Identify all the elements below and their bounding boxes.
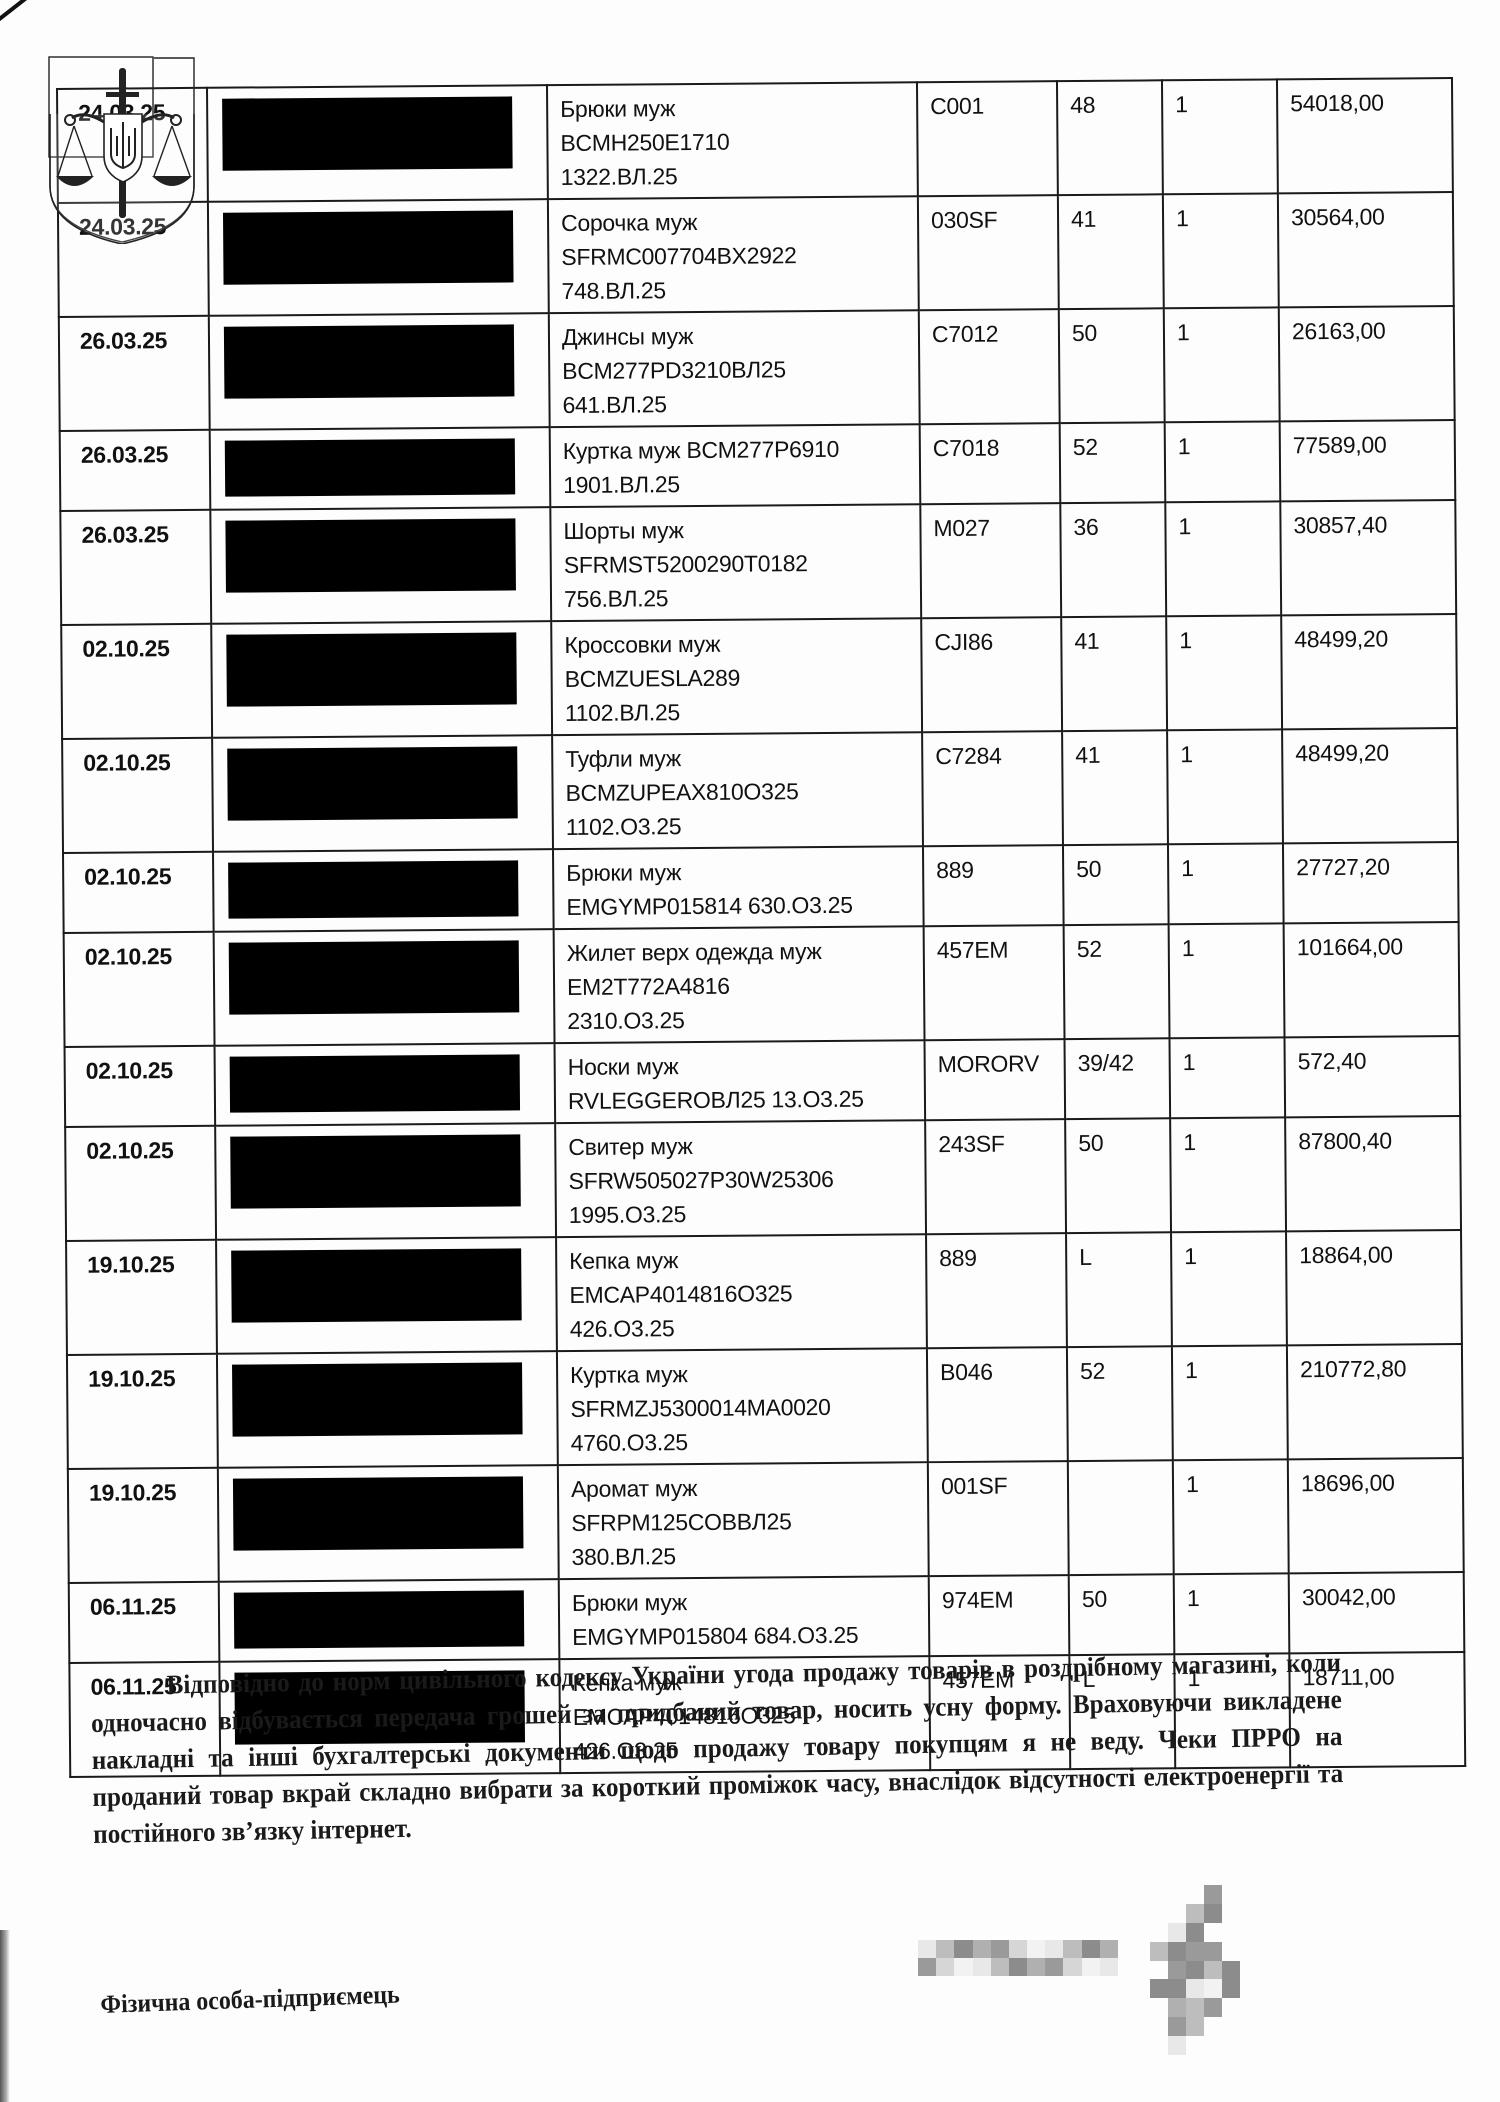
product-line: Шорты муж (563, 511, 909, 548)
cell-quantity: 1 (1167, 729, 1283, 844)
product-line: 4760.O3.25 (571, 1423, 917, 1460)
cell-date: 02.10.25 (62, 738, 213, 853)
cell-date: 02.10.25 (61, 624, 212, 739)
cell-quantity: 1 (1171, 1231, 1287, 1346)
product-line: 1322.ВЛ.25 (561, 157, 907, 194)
product-line: Аромат муж (571, 1469, 917, 1506)
cell-size: 41 (1061, 616, 1167, 731)
cell-size: 50 (1069, 1574, 1175, 1655)
redaction-bar (222, 96, 513, 170)
cell-date: 26.03.25 (60, 430, 211, 511)
table-row: 02.10.25Брюки мужEMGYMP015814 630.O3.258… (63, 842, 1459, 933)
cell-product: Куртка муж BCM277P69101901.ВЛ.25 (550, 424, 921, 507)
cell-buyer (209, 313, 550, 430)
pen-stroke (0, 0, 176, 44)
table-row: 02.10.25Свитер мужSFRW505027P30W25306199… (65, 1116, 1461, 1241)
product-line: 748.ВЛ.25 (561, 271, 907, 308)
cell-amount: 48499,20 (1282, 728, 1458, 843)
cell-product: Свитер мужSFRW505027P30W253061995.O3.25 (555, 1120, 926, 1237)
cell-size (1068, 1460, 1174, 1575)
table-row: 19.10.25Куртка мужSFRMZJ5300014MA0020476… (67, 1344, 1463, 1469)
pixelated-signature (1150, 1885, 1240, 2055)
cell-amount: 26163,00 (1279, 306, 1455, 421)
redaction-bar (226, 632, 517, 706)
cell-size: 41 (1062, 730, 1168, 845)
cell-amount: 30042,00 (1289, 1572, 1465, 1653)
cell-code: MORORV (925, 1039, 1066, 1120)
product-line: 1102.ВЛ.25 (565, 693, 911, 730)
cell-amount: 54018,00 (1277, 78, 1453, 193)
product-line: SFRMZJ5300014MA0020 (570, 1389, 916, 1426)
cell-amount: 18864,00 (1286, 1230, 1462, 1345)
redaction-bar (225, 518, 516, 592)
cell-quantity: 1 (1164, 307, 1280, 422)
cell-date: 19.10.25 (68, 1468, 219, 1583)
cell-product: Шорты мужSFRMST5200290T0182756.ВЛ.25 (550, 504, 921, 621)
sales-table: 24.03.25Брюки мужBCMH250E17101322.ВЛ.25C… (56, 77, 1464, 1778)
page-edge-shadow (0, 1930, 10, 2102)
product-line: 756.ВЛ.25 (564, 579, 910, 616)
product-line: Кроссовки муж (564, 625, 910, 662)
product-line: Куртка муж BCM277P6910 (563, 431, 909, 468)
cell-size: 48 (1057, 80, 1163, 195)
product-line: BCMZUESLA289 (565, 659, 911, 696)
cell-product: Брюки мужBCMH250E17101322.ВЛ.25 (547, 82, 918, 199)
product-line: Носки муж (568, 1047, 914, 1084)
redaction-bar (224, 324, 515, 398)
product-line: 2310.O3.25 (567, 1001, 913, 1038)
cell-amount: 101664,00 (1284, 922, 1460, 1037)
redaction-bar (228, 860, 518, 918)
cell-buyer (214, 929, 555, 1046)
product-line: SFRW505027P30W25306 (568, 1161, 914, 1198)
cell-product: Носки мужRVLEGGEROBЛ25 13.O3.25 (555, 1040, 926, 1123)
product-line: BCMZUPEAX810O325 (565, 773, 911, 810)
cell-code: 243SF (925, 1119, 1066, 1234)
cell-amount: 30857,40 (1280, 500, 1456, 615)
cell-size: 52 (1067, 1346, 1173, 1461)
cell-size: 39/42 (1065, 1038, 1171, 1119)
product-line: SFRMC007704BX2922 (561, 237, 907, 274)
redaction-bar (223, 210, 514, 284)
product-line: Брюки муж (572, 1583, 918, 1620)
table-row: 26.03.25Джинсы мужBCM277PD3210ВЛ25641.ВЛ… (59, 306, 1455, 431)
redaction-bar (230, 1134, 521, 1208)
product-line: BCM277PD3210ВЛ25 (562, 351, 908, 388)
pixelated-signatory-name (918, 1940, 1118, 1976)
table-row: 02.10.25Носки мужRVLEGGEROBЛ25 13.O3.25M… (65, 1036, 1461, 1127)
cell-date: 02.10.25 (64, 932, 215, 1047)
cell-size: 50 (1065, 1118, 1171, 1233)
cell-buyer (212, 735, 553, 852)
cell-product: Джинсы мужBCM277PD3210ВЛ25641.ВЛ.25 (549, 310, 920, 427)
table-row: 02.10.25Туфли мужBCMZUPEAX810O3251102.O3… (62, 728, 1458, 853)
cell-quantity: 1 (1173, 1459, 1289, 1574)
product-line: RVLEGGEROBЛ25 13.O3.25 (568, 1081, 914, 1118)
cell-buyer (218, 1465, 559, 1582)
cell-buyer (211, 621, 552, 738)
product-line: 380.ВЛ.25 (571, 1537, 917, 1574)
table-row: 26.03.25Куртка муж BCM277P69101901.ВЛ.25… (60, 420, 1456, 511)
cell-quantity: 1 (1166, 615, 1282, 730)
product-line: Брюки муж (566, 853, 912, 890)
cell-product: Аромат мужSFRPM125COBBЛ25380.ВЛ.25 (558, 1462, 929, 1579)
redaction-bar (232, 1362, 523, 1436)
cell-code: CJI86 (921, 617, 1062, 732)
cell-buyer (208, 199, 549, 316)
cell-quantity: 1 (1168, 843, 1284, 924)
cell-code: C7284 (922, 731, 1063, 846)
product-line: Сорочка муж (561, 203, 907, 240)
table-row: 02.10.25Жилет верх одежда мужEM2T772A481… (64, 922, 1460, 1047)
cell-buyer (210, 427, 551, 510)
cell-quantity: 1 (1174, 1573, 1290, 1654)
cell-date: 26.03.25 (60, 510, 211, 625)
cell-size: 36 (1060, 502, 1166, 617)
product-line: 426.O3.25 (570, 1309, 916, 1346)
redaction-bar (234, 1590, 524, 1648)
cell-code: 457EM (924, 925, 1065, 1040)
cell-amount: 18696,00 (1288, 1458, 1464, 1573)
cell-date: 26.03.25 (59, 316, 210, 431)
cell-date: 02.10.25 (65, 1126, 216, 1241)
cell-amount: 87800,40 (1285, 1116, 1461, 1231)
scanned-document-page: 24.03.25Брюки мужBCMH250E17101322.ВЛ.25C… (0, 0, 1500, 2102)
table-row: 19.10.25Кепка мужEMCAP4014816O325426.O3.… (66, 1230, 1462, 1355)
cell-size: 50 (1059, 308, 1165, 423)
cell-amount: 210772,80 (1287, 1344, 1463, 1459)
cell-size: 50 (1063, 844, 1169, 925)
product-line: SFRPM125COBBЛ25 (571, 1503, 917, 1540)
cell-code: C7018 (920, 423, 1061, 504)
cell-date: 06.11.25 (69, 1582, 220, 1663)
cell-product: Брюки мужEMGYMP015804 684.O3.25 (559, 1576, 930, 1659)
product-line: 641.ВЛ.25 (562, 385, 908, 422)
product-line: Туфли муж (565, 739, 911, 776)
redaction-bar (225, 438, 515, 496)
cell-product: Кепка мужEMCAP4014816O325426.O3.25 (556, 1234, 927, 1351)
redaction-bar (227, 746, 518, 820)
cell-product: Жилет верх одежда мужEM2T772A48162310.O3… (554, 926, 925, 1043)
cell-date: 19.10.25 (66, 1240, 217, 1355)
cell-code: 001SF (928, 1461, 1069, 1576)
cell-code: 030SF (918, 195, 1059, 310)
cell-quantity: 1 (1170, 1117, 1286, 1232)
redaction-bar (230, 1054, 520, 1112)
cell-product: Кроссовки мужBCMZUESLA2891102.ВЛ.25 (551, 618, 922, 735)
cell-date: 24.03.25 (57, 88, 208, 203)
product-line: Брюки муж (560, 89, 906, 126)
cell-code: 889 (923, 845, 1064, 926)
redaction-bar (231, 1248, 522, 1322)
table-row: 24.03.25Брюки мужBCMH250E17101322.ВЛ.25C… (57, 78, 1453, 203)
cell-buyer (207, 85, 548, 202)
cell-buyer (210, 507, 551, 624)
product-line: Жилет верх одежда муж (567, 933, 913, 970)
cell-code: C001 (917, 81, 1058, 196)
cell-size: 52 (1060, 422, 1166, 503)
cell-amount: 27727,20 (1283, 842, 1459, 923)
table-row: 19.10.25Аромат мужSFRPM125COBBЛ25380.ВЛ.… (68, 1458, 1464, 1583)
cell-date: 02.10.25 (63, 852, 214, 933)
cell-amount: 48499,20 (1281, 614, 1457, 729)
cell-quantity: 1 (1162, 79, 1278, 194)
product-line: Куртка муж (570, 1355, 916, 1392)
cell-product: Сорочка мужSFRMC007704BX2922748.ВЛ.25 (548, 196, 919, 313)
cell-code: B046 (927, 1347, 1068, 1462)
product-line: 1102.O3.25 (566, 807, 912, 844)
product-line: EMGYMP015814 630.O3.25 (566, 887, 912, 924)
cell-amount: 572,40 (1284, 1036, 1460, 1117)
product-line: EMCAP4014816O325 (569, 1275, 915, 1312)
cell-buyer (213, 849, 554, 932)
cell-date: 02.10.25 (65, 1046, 216, 1127)
cell-buyer (215, 1123, 556, 1240)
cell-buyer (216, 1237, 557, 1354)
table-row: 24.03.25Сорочка мужSFRMC007704BX2922748.… (58, 192, 1454, 317)
cell-buyer (217, 1351, 558, 1468)
cell-product: Куртка мужSFRMZJ5300014MA00204760.O3.25 (557, 1348, 928, 1465)
cell-code: C7012 (919, 309, 1060, 424)
cell-date: 19.10.25 (67, 1354, 218, 1469)
table-row: 26.03.25Шорты мужSFRMST5200290T0182756.В… (60, 500, 1456, 625)
product-line: EM2T772A4816 (567, 967, 913, 1004)
cell-amount: 30564,00 (1278, 192, 1454, 307)
cell-code: 889 (926, 1233, 1067, 1348)
cell-product: Туфли мужBCMZUPEAX810O3251102.O3.25 (552, 732, 923, 849)
product-line: EMGYMP015804 684.O3.25 (572, 1617, 918, 1654)
cell-product: Брюки мужEMGYMP015814 630.O3.25 (553, 846, 924, 929)
signature-label: Фізична особа-підприємець (100, 1980, 400, 2020)
product-line: BCMH250E1710 (560, 123, 906, 160)
product-line: 1995.O3.25 (569, 1195, 915, 1232)
product-line: Джинсы муж (562, 317, 908, 354)
cell-code: M027 (920, 503, 1061, 618)
cell-buyer (219, 1579, 560, 1662)
table-row: 02.10.25Кроссовки мужBCMZUESLA2891102.ВЛ… (61, 614, 1457, 739)
product-line: Свитер муж (568, 1127, 914, 1164)
product-line: 1901.ВЛ.25 (563, 465, 909, 502)
cell-quantity: 1 (1165, 501, 1281, 616)
cell-quantity: 1 (1165, 421, 1281, 502)
cell-quantity: 1 (1172, 1345, 1288, 1460)
legal-statement-paragraph: Відповідно до норм цивільного кодексу Ук… (90, 1644, 1344, 1853)
cell-date: 24.03.25 (58, 202, 209, 317)
product-line: SFRMST5200290T0182 (564, 545, 910, 582)
cell-amount: 77589,00 (1280, 420, 1456, 501)
cell-buyer (215, 1043, 556, 1126)
cell-quantity: 1 (1169, 1037, 1285, 1118)
cell-code: 974EM (929, 1575, 1070, 1656)
redaction-bar (233, 1476, 524, 1550)
cell-size: L (1066, 1232, 1172, 1347)
cell-quantity: 1 (1169, 923, 1285, 1038)
product-line: Кепка муж (569, 1241, 915, 1278)
cell-quantity: 1 (1163, 193, 1279, 308)
cell-size: 41 (1058, 194, 1164, 309)
cell-size: 52 (1064, 924, 1170, 1039)
redaction-bar (229, 940, 520, 1014)
